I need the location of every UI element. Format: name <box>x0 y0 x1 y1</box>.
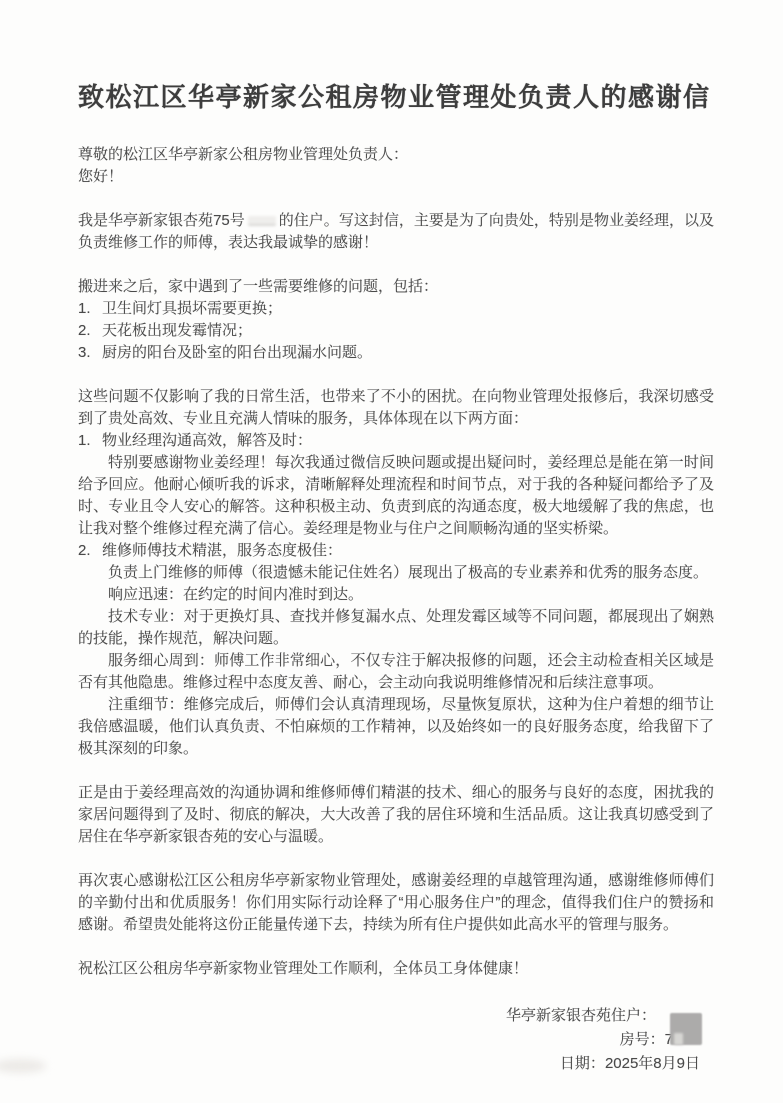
issue-text: 厨房的阳台及卧室的阳台出现漏水问题。 <box>102 342 372 364</box>
issue-number: 2. <box>78 320 102 342</box>
issue-item: 3. 厨房的阳台及卧室的阳台出现漏水问题。 <box>78 342 714 364</box>
issue-text: 卫生间灯具损坏需要更换； <box>102 298 282 320</box>
scanned-letter-page: 致松江区华亭新家公租房物业管理处负责人的感谢信 尊敬的松江区华亭新家公租房物业管… <box>0 0 783 1103</box>
point-paragraph: 注重细节：维修完成后，师傅们会认真清理现场，尽量恢复原状，这种为住户着想的细节让… <box>78 694 714 760</box>
greeting-line: 您好！ <box>78 166 714 188</box>
room-label: 房号： <box>620 1031 665 1048</box>
point-paragraph: 服务细心周到：师傅工作非常细心，不仅专注于解决报修的问题，还会主动检查相关区域是… <box>78 650 714 694</box>
point-1-block: 1. 物业经理沟通高效，解答及时： 特别要感谢物业姜经理！每次我通过微信反映问题… <box>78 430 714 540</box>
wishes-line: 祝松江区公租房华亭新家物业管理处工作顺利，全体员工身体健康！ <box>78 958 714 980</box>
issue-number: 1. <box>78 298 102 320</box>
signature-date-line: 日期：2025年8月9日 <box>78 1052 700 1076</box>
issue-number: 3. <box>78 342 102 364</box>
signature-block: 华亭新家银杏苑住户： 房号：7 日期：2025年8月9日 <box>78 1004 714 1076</box>
redacted-unit-number <box>248 216 276 226</box>
intro-text-before: 我是华亭新家银杏苑75号 <box>78 212 245 229</box>
point-heading-text: 物业经理沟通高效，解答及时： <box>102 430 312 452</box>
point-heading: 2. 维修师傅技术精湛，服务态度极佳： <box>78 540 714 562</box>
date-value: 2025年8月9日 <box>605 1055 700 1072</box>
letter-title: 致松江区华亭新家公租房物业管理处负责人的感谢信 <box>78 82 714 112</box>
signature-resident-line: 华亭新家银杏苑住户： <box>78 1004 700 1028</box>
salutation-line: 尊敬的松江区华亭新家公租房物业管理处负责人： <box>78 144 714 166</box>
issue-item: 2. 天花板出现发霉情况； <box>78 320 714 342</box>
point-paragraph: 特别要感谢物业姜经理！每次我通过微信反映问题或提出疑问时，姜经理总是能在第一时间… <box>78 452 714 540</box>
issue-item: 1. 卫生间灯具损坏需要更换； <box>78 298 714 320</box>
thanks-paragraph: 再次衷心感谢松江区公租房华亭新家物业管理处，感谢姜经理的卓越管理沟通，感谢维修师… <box>78 870 714 936</box>
redacted-room-digit <box>674 1033 683 1045</box>
intro-paragraph: 我是华亭新家银杏苑75号的住户。写这封信，主要是为了向贵处，特别是物业姜经理，以… <box>78 210 714 254</box>
point-heading: 1. 物业经理沟通高效，解答及时： <box>78 430 714 452</box>
point-paragraph: 技术专业：对于更换灯具、查找并修复漏水点、处理发霉区域等不同问题，都展现出了娴熟… <box>78 606 714 650</box>
point-number: 2. <box>78 540 102 562</box>
issues-intro-line: 搬进来之后，家中遇到了一些需要维修的问题，包括： <box>78 276 714 298</box>
point-number: 1. <box>78 430 102 452</box>
summary-paragraph: 正是由于姜经理高效的沟通协调和维修师傅们精湛的技术、细心的服务与良好的态度，困扰… <box>78 782 714 848</box>
point-heading-text: 维修师傅技术精湛，服务态度极佳： <box>102 540 342 562</box>
transition-paragraph: 这些问题不仅影响了我的日常生活，也带来了不小的困扰。在向物业管理处报修后，我深切… <box>78 386 714 430</box>
date-label: 日期： <box>560 1055 605 1072</box>
signature-room-line: 房号：7 <box>78 1028 700 1052</box>
point-2-block: 2. 维修师傅技术精湛，服务态度极佳： 负责上门维修的师傅（很遗憾未能记住姓名）… <box>78 540 714 760</box>
point-paragraph: 响应迅速：在约定的时间内准时到达。 <box>78 584 714 606</box>
issues-list: 1. 卫生间灯具损坏需要更换； 2. 天花板出现发霉情况； 3. 厨房的阳台及卧… <box>78 298 714 364</box>
scan-smudge <box>0 1059 46 1073</box>
issue-text: 天花板出现发霉情况； <box>102 320 252 342</box>
resident-label: 华亭新家银杏苑住户： <box>506 1007 656 1024</box>
letter-content: 致松江区华亭新家公租房物业管理处负责人的感谢信 尊敬的松江区华亭新家公租房物业管… <box>78 82 714 1076</box>
point-paragraph: 负责上门维修的师傅（很遗憾未能记住姓名）展现出了极高的专业素养和优秀的服务态度。 <box>78 562 714 584</box>
